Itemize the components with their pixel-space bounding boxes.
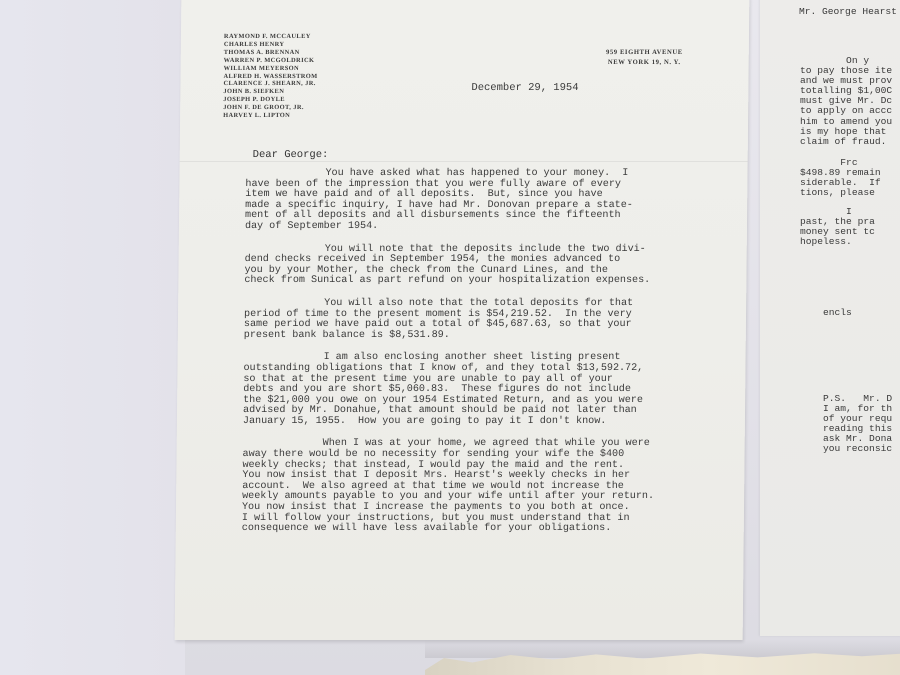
partner-name: John F. De Groot, Jr.	[223, 104, 317, 112]
text-line: present bank balance is $8,531.89.	[244, 331, 714, 342]
text-line: January 15, 1955. How you are going to p…	[243, 417, 713, 428]
text-line: tions, please	[800, 188, 881, 198]
partner-name: Joseph P. Doyle	[223, 96, 317, 104]
text-line: check from Sunical as part refund on you…	[244, 276, 714, 287]
partner-name: William Meyerson	[224, 65, 318, 73]
letter-paragraph: You will note that the deposits include …	[244, 245, 714, 287]
text-line: You will also note that the total deposi…	[244, 299, 714, 310]
address-city: New York 19, N. Y.	[606, 58, 683, 68]
address-street: 959 Eighth Avenue	[606, 48, 683, 58]
letter-paragraph: I am also enclosing another sheet listin…	[243, 353, 714, 427]
text-line: you reconsic	[823, 444, 892, 454]
letter-paragraph: You have asked what has happened to your…	[245, 169, 716, 233]
fold-crease	[180, 161, 748, 162]
partner-name: Warren P. McGoldrick	[224, 57, 318, 65]
partner-name: Harvey L. Lipton	[223, 112, 317, 120]
partner-name: Raymond F. McCauley	[224, 33, 318, 41]
partner-name: Thomas A. Brennan	[224, 49, 318, 57]
postscript: P.S. Mr. DI am, for thof your requreadin…	[823, 394, 892, 455]
text-line: You have asked what has happened to your…	[245, 169, 715, 180]
letter-date: December 29, 1954	[471, 82, 578, 94]
table-surface	[0, 0, 185, 675]
letter-page: McCAULEY & HENRY Raymond F. McCauleyChar…	[175, 0, 750, 640]
salutation: Dear George:	[253, 149, 329, 161]
enclosure-notation: encls	[823, 308, 852, 318]
second-page-paragraph: Frc$498.89 remainsiderable. Iftions, ple…	[800, 158, 881, 198]
text-line: day of September 1954.	[245, 222, 715, 233]
text-line: claim of fraud.	[800, 137, 892, 147]
text-line: outstanding obligations that I know of, …	[243, 364, 713, 375]
partner-name: Alfred H. Wasserstrom	[223, 73, 317, 81]
text-line: hopeless.	[800, 237, 875, 247]
second-page-header: Mr. George Hearst	[799, 7, 897, 17]
partner-name: John B. Siefken	[223, 88, 317, 96]
second-page-partial: Mr. George Hearst On yto pay those itean…	[760, 0, 900, 636]
second-page-paragraph: On yto pay those iteand we must provtota…	[800, 56, 892, 147]
letterhead-firm-name: McCAULEY & HENRY	[181, 0, 749, 2]
letterhead-partner-list: Raymond F. McCauleyCharles HenryThomas A…	[223, 33, 318, 120]
partner-name: Charles Henry	[224, 41, 318, 49]
letter-paragraph: You will also note that the total deposi…	[244, 299, 714, 341]
text-line: consequence we will have less available …	[242, 524, 712, 535]
second-page-paragraph: Ipast, the pramoney sent tchopeless.	[800, 207, 875, 247]
letter-paragraph: When I was at your home, we agreed that …	[242, 439, 713, 534]
letterhead-address: 959 Eighth Avenue New York 19, N. Y.	[606, 48, 683, 68]
partner-name: Clarence J. Shearn, Jr.	[223, 80, 317, 88]
letter-body: You have asked what has happened to your…	[242, 169, 716, 547]
